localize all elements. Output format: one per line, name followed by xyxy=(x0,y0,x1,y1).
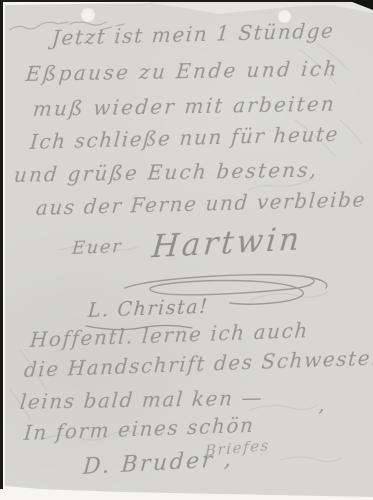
postscript-salutation: L. Christa! xyxy=(87,296,209,322)
letter-scan: Jetzt ist mein 1 Stündge Eßpause zu Ende… xyxy=(0,0,373,500)
stray-comma: , xyxy=(318,392,327,416)
valediction: Euer xyxy=(71,236,123,259)
postscript-line-3: leins bald mal ken — xyxy=(19,386,264,414)
hole-punch-left xyxy=(80,7,96,23)
scan-edge-top xyxy=(0,0,373,2)
scan-edge-left xyxy=(0,0,3,489)
